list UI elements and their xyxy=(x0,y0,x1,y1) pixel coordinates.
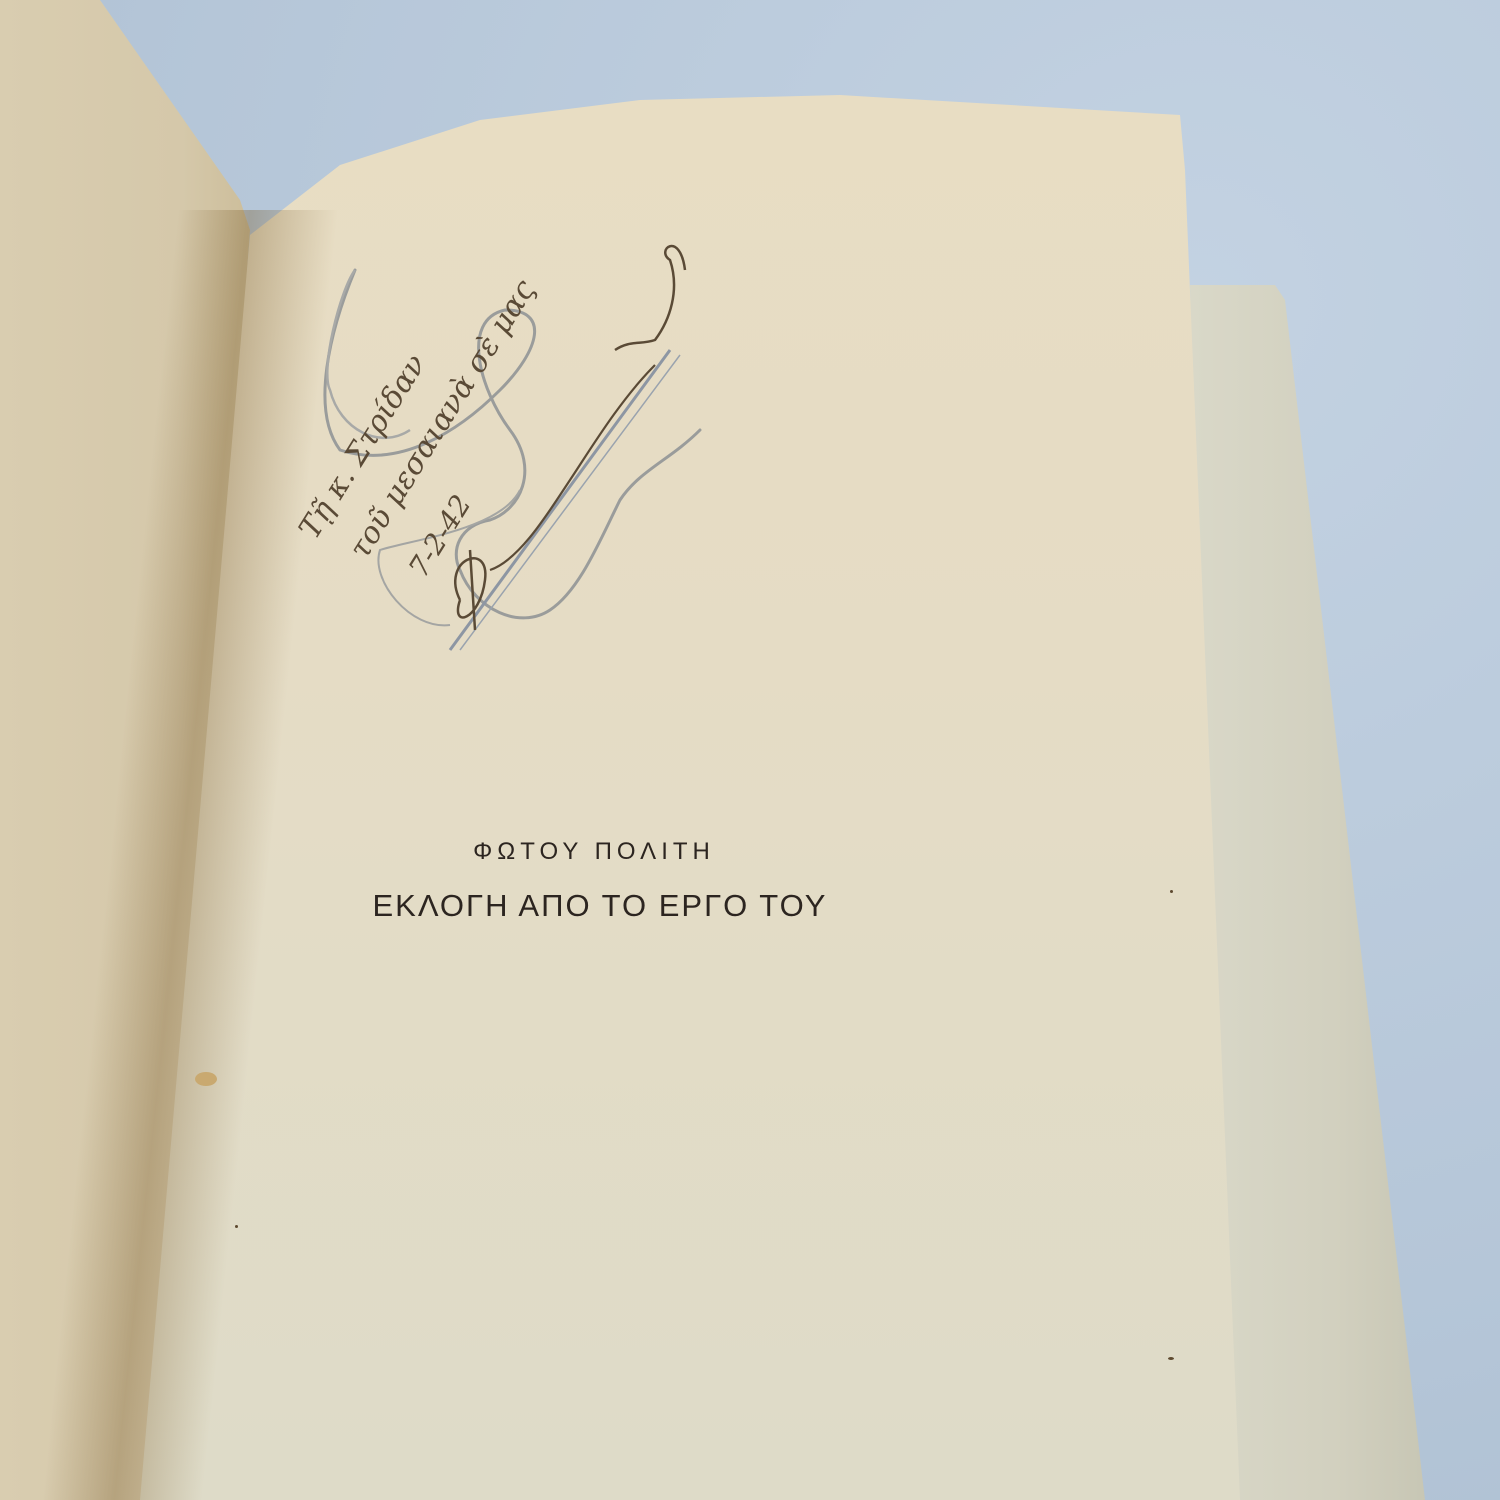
foxing-stain xyxy=(195,1072,217,1086)
author-name: ΦΩΤΟΥ ΠΟΛΙΤΗ xyxy=(288,838,900,866)
photo-scene: Τῇ κ. Στρίδαν τοῦ μεσαιανὰ σὲ μας 7-2-42… xyxy=(0,0,1500,1500)
handwritten-inscription: Τῇ κ. Στρίδαν τοῦ μεσαιανὰ σὲ μας 7-2-42 xyxy=(260,130,720,670)
paper-speck xyxy=(1168,1357,1174,1360)
paper-speck xyxy=(235,1225,238,1228)
printed-title-block: ΦΩΤΟΥ ΠΟΛΙΤΗ ΕΚΛΟΓΗ ΑΠΟ ΤΟ ΕΡΓΟ ΤΟΥ xyxy=(300,838,900,924)
book-title: ΕΚΛΟΓΗ ΑΠΟ ΤΟ ΕΡΓΟ ΤΟΥ xyxy=(300,888,900,924)
pencil-scribble-icon xyxy=(260,130,720,670)
paper-speck xyxy=(1170,890,1173,893)
